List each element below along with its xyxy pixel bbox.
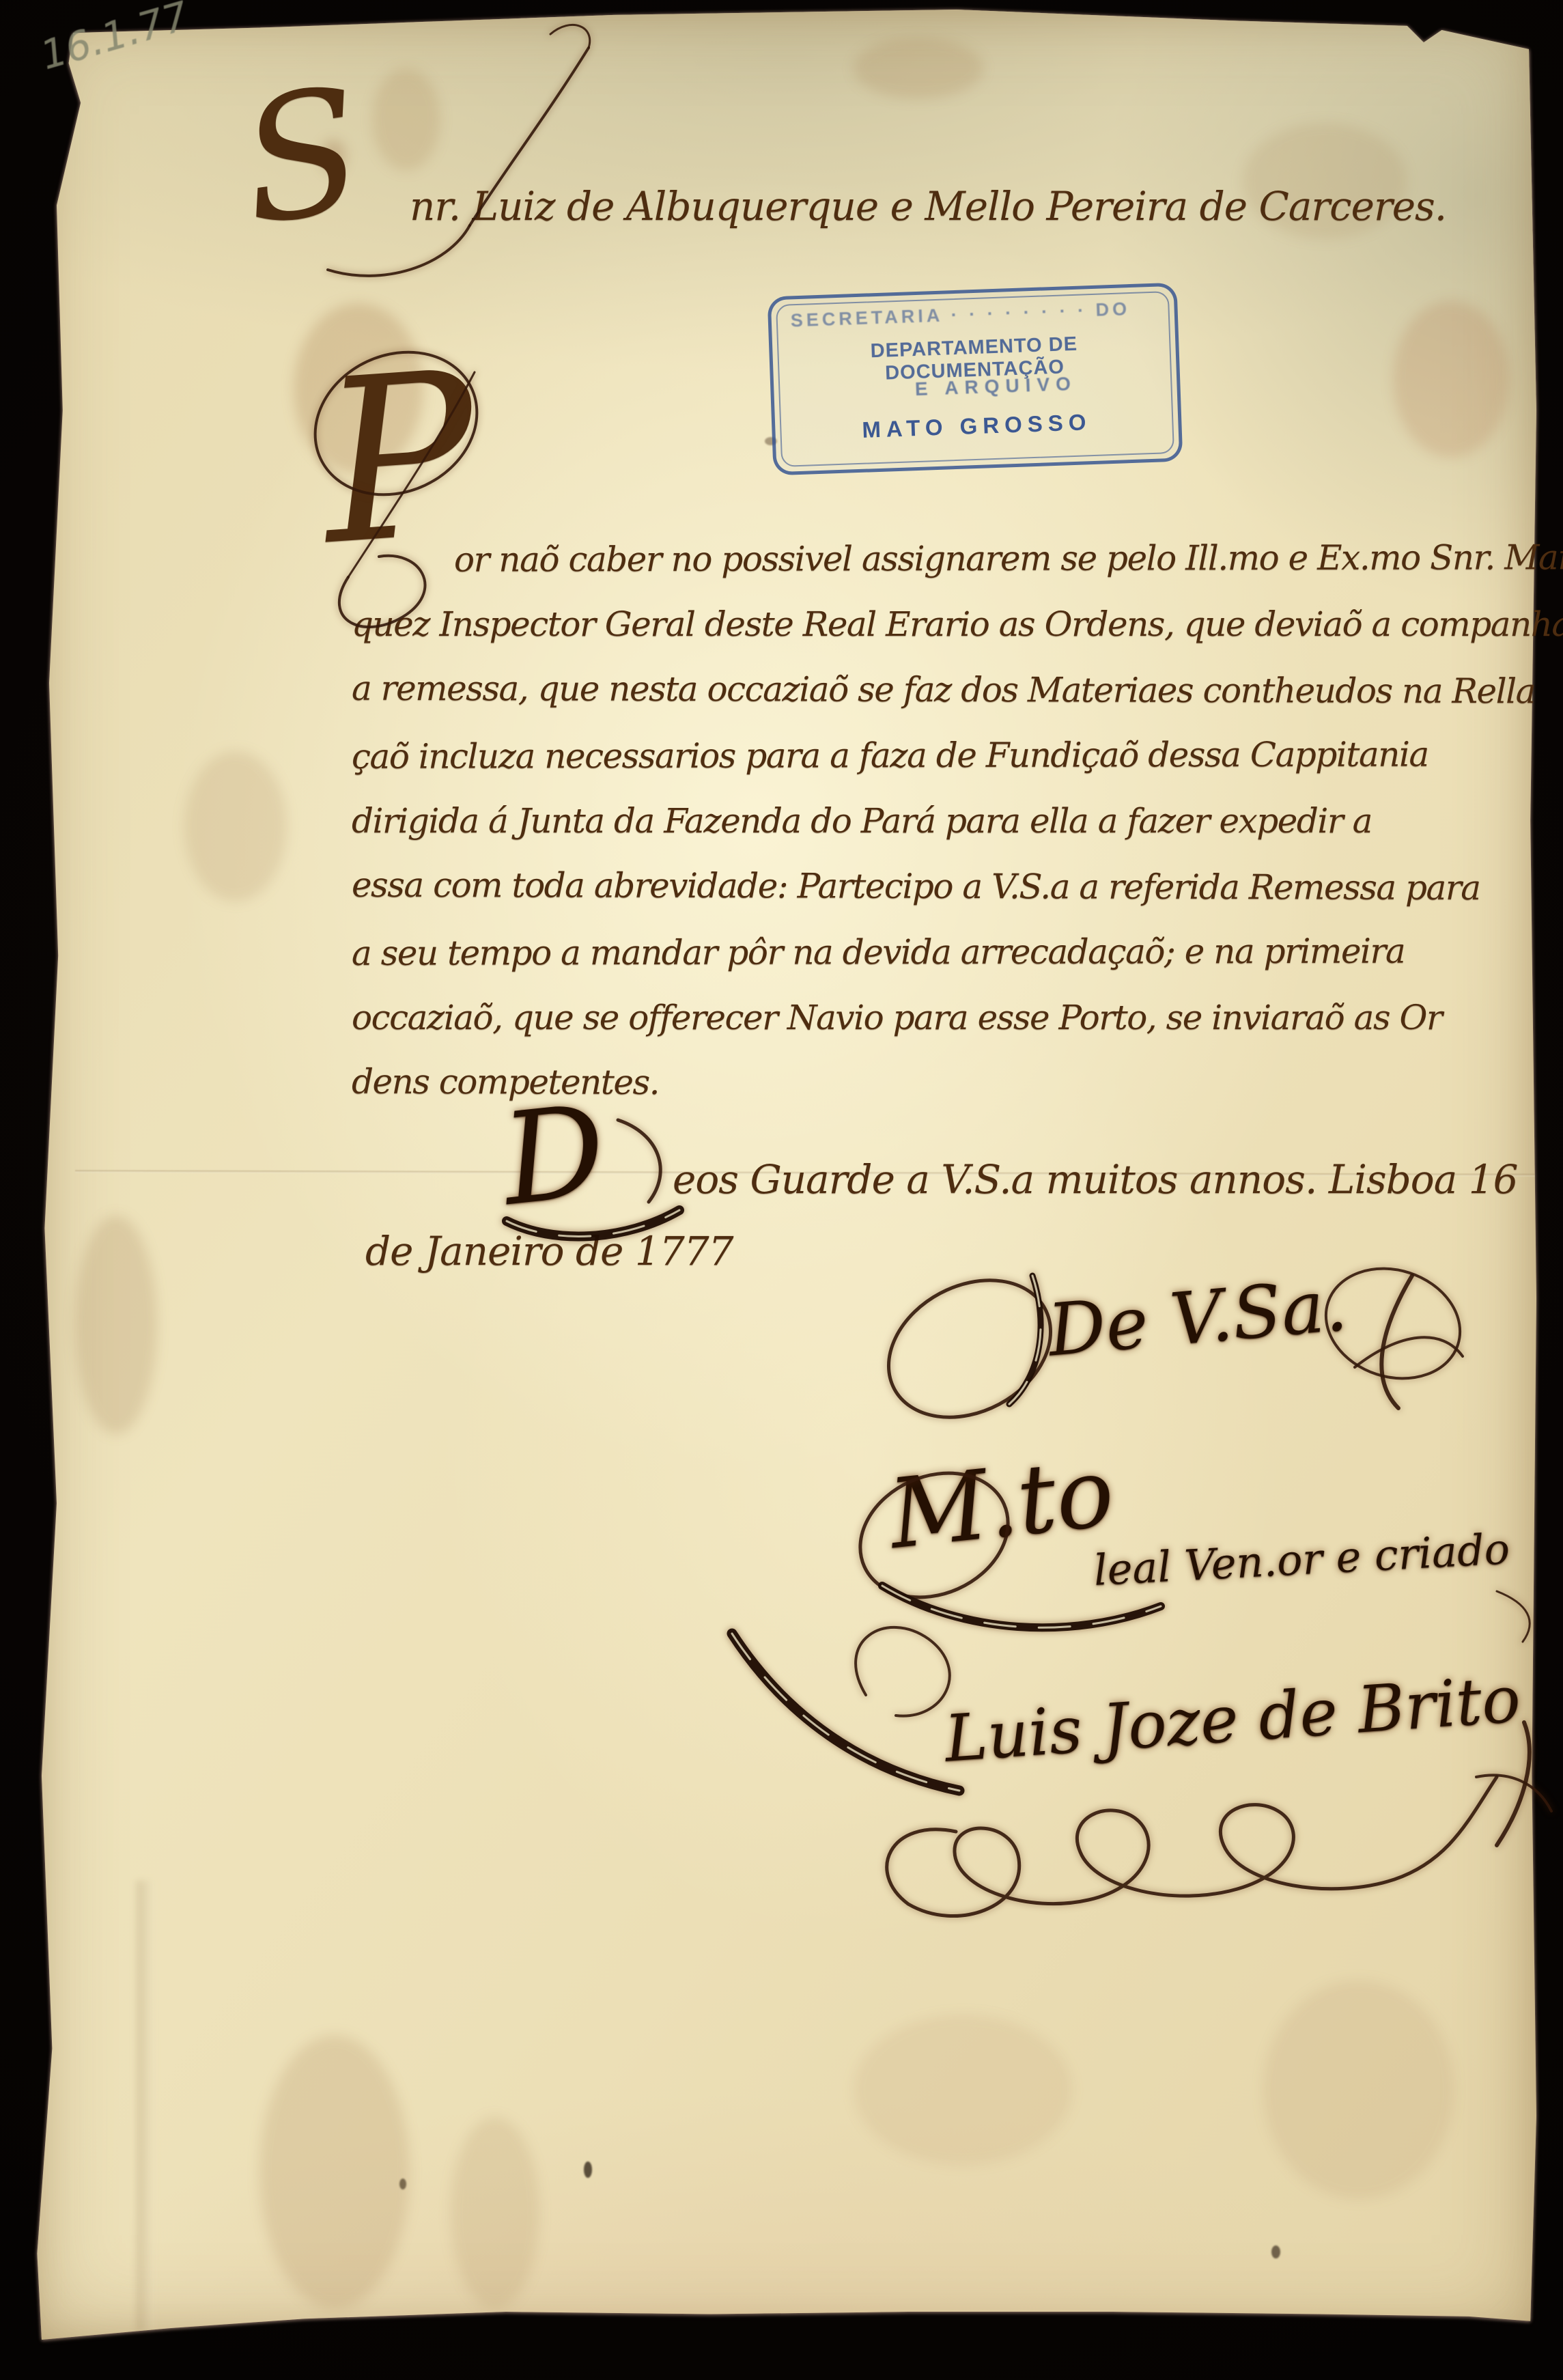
document-photo: 16.1.77 S nr. Luiz de Albuquerque e Mell… <box>0 0 1563 2380</box>
initial-p-loop <box>292 326 501 520</box>
sig1-loop <box>864 1253 1074 1444</box>
header-swash <box>470 48 589 225</box>
sig3-underloops <box>887 1777 1497 1916</box>
sig2-loop <box>841 1451 1028 1620</box>
deos-sweep <box>507 1210 679 1236</box>
flourish-strokes <box>0 0 1563 2380</box>
